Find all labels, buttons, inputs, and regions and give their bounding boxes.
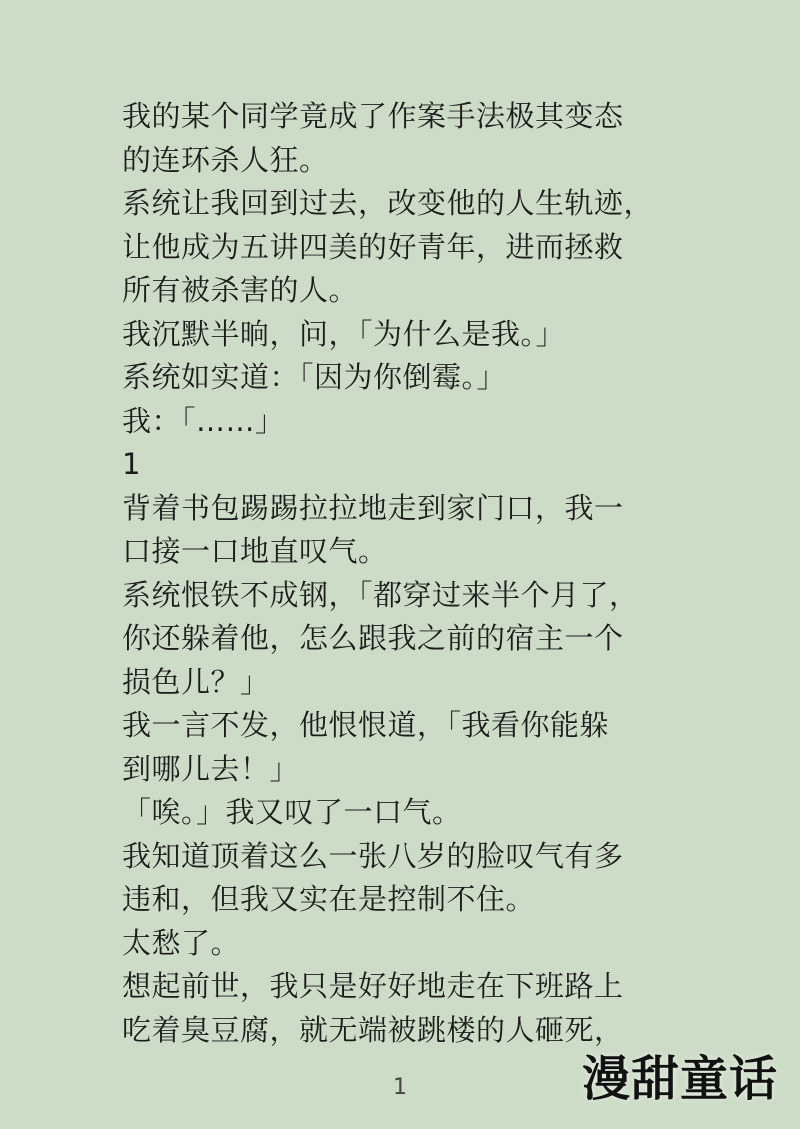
text-line: 你还躲着他，怎么跟我之前的宿主一个 bbox=[122, 617, 692, 661]
text-line: 系统如实道：「因为你倒霉。」 bbox=[122, 356, 692, 400]
text-line: 我一言不发，他恨恨道，「我看你能躲 bbox=[122, 704, 692, 748]
page-number: 1 bbox=[393, 1075, 407, 1100]
document-body: 我的某个同学竟成了作案手法极其变态 的连环杀人狂。 系统让我回到过去，改变他的人… bbox=[122, 95, 692, 1052]
text-line: 「唉。」我又叹了一口气。 bbox=[122, 791, 692, 835]
text-line: 我沉默半晌，问，「为什么是我。」 bbox=[122, 313, 692, 357]
chapter-number: 1 bbox=[122, 443, 692, 487]
text-line: 我：「……」 bbox=[122, 400, 692, 444]
text-line: 我的某个同学竟成了作案手法极其变态 bbox=[122, 95, 692, 139]
text-line: 的连环杀人狂。 bbox=[122, 139, 692, 183]
text-line: 背着书包踢踢拉拉地走到家门口，我一 bbox=[122, 487, 692, 531]
text-line: 我知道顶着这么一张八岁的脸叹气有多 bbox=[122, 835, 692, 879]
text-line: 所有被杀害的人。 bbox=[122, 269, 692, 313]
text-line: 损色儿？」 bbox=[122, 661, 692, 705]
text-line: 违和，但我又实在是控制不住。 bbox=[122, 878, 692, 922]
watermark: 漫甜童话 bbox=[582, 1040, 778, 1109]
text-line: 让他成为五讲四美的好青年，进而拯救 bbox=[122, 226, 692, 270]
text-line: 太愁了。 bbox=[122, 922, 692, 966]
text-line: 口接一口地直叹气。 bbox=[122, 530, 692, 574]
text-line: 系统让我回到过去，改变他的人生轨迹， bbox=[122, 182, 692, 226]
text-line: 系统恨铁不成钢，「都穿过来半个月了， bbox=[122, 574, 692, 618]
text-line: 想起前世，我只是好好地走在下班路上 bbox=[122, 965, 692, 1009]
text-line: 到哪儿去！」 bbox=[122, 748, 692, 792]
